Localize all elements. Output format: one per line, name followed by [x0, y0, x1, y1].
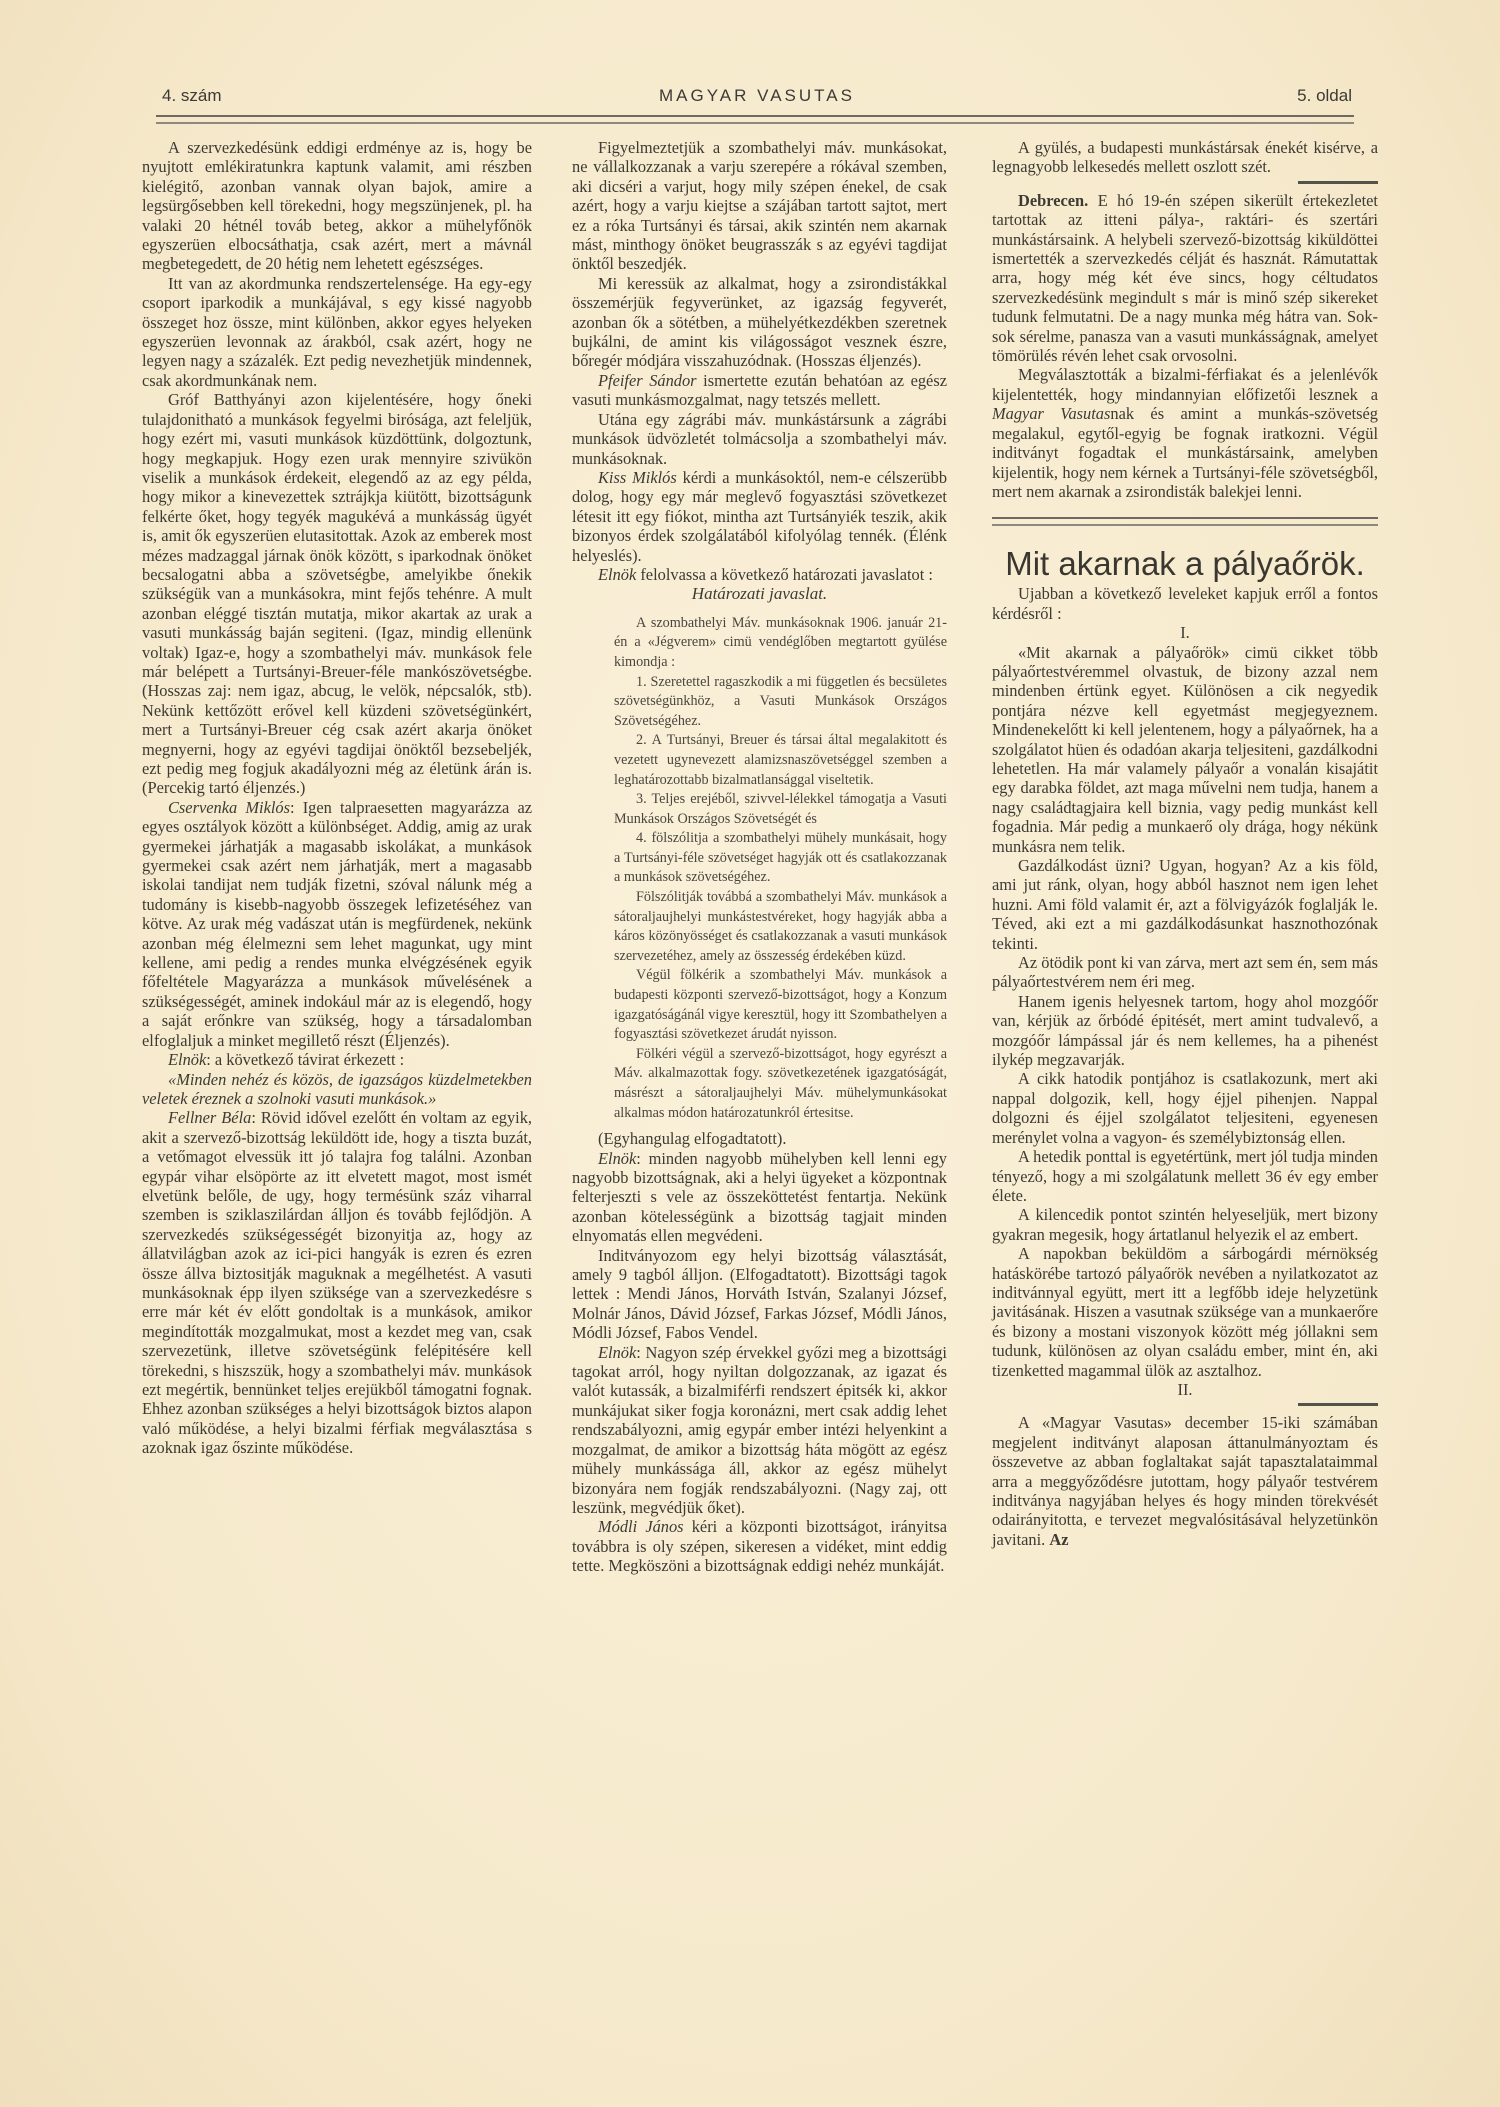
- speaker-name: Elnök: [598, 1343, 636, 1362]
- letter-paragraph: A kilencedik pontot szintén helyeseljük,…: [992, 1205, 1378, 1244]
- letter-number: II.: [992, 1380, 1378, 1399]
- speech-paragraph: Kiss Miklós kérdi a munkásoktól, nem-e c…: [572, 468, 947, 565]
- speech-paragraph: Elnök: Nagyon szép érvekkel győzi meg a …: [572, 1343, 947, 1518]
- article-headline: Mit akarnak a pályaőrök.: [992, 544, 1378, 584]
- letter-paragraph: A hetedik ponttal is egyetértünk, mert j…: [992, 1147, 1378, 1205]
- paragraph: Itt van az akordmunka rendszertelensége.…: [142, 274, 532, 390]
- column-3: A gyülés, a budapesti munkástársak éneké…: [992, 138, 1378, 1549]
- speaker-name: Módli János: [598, 1517, 684, 1536]
- speaker-name: Cservenka Miklós: [168, 798, 290, 817]
- speaker-name: Pfeifer Sándor: [598, 371, 697, 390]
- short-divider: [1298, 1403, 1378, 1409]
- paragraph: A gyülés, a budapesti munkástársak éneké…: [992, 138, 1378, 177]
- speech-paragraph: Pfeifer Sándor ismertette ezután behatóa…: [572, 371, 947, 410]
- resolution-point: Fölkéri végül a szervező-bizottságot, ho…: [614, 1045, 947, 1123]
- short-divider: [1298, 181, 1378, 187]
- paragraph: A szervezkedésünk eddigi erdménye az is,…: [142, 138, 532, 274]
- newspaper-page: 4. szám MAGYAR VASUTAS 5. oldal A szerve…: [0, 0, 1500, 2107]
- speech-text: : Nagyon szép érvekkel győzi meg a bizot…: [572, 1343, 947, 1517]
- page-number: 5. oldal: [1297, 86, 1352, 106]
- dateline-place: Debrecen.: [1018, 191, 1088, 210]
- paragraph: Gróf Batthyányi azon kijelentésére, hogy…: [142, 390, 532, 798]
- speech-paragraph: Cservenka Miklós: Igen talpraesetten mag…: [142, 798, 532, 1050]
- letter-paragraph: Gazdálkodást üzni? Ugyan, hogyan? Az a k…: [992, 856, 1378, 953]
- speaker-name: Fellner Béla: [168, 1108, 251, 1127]
- resolution-title: Határozati javaslat.: [572, 584, 947, 603]
- resolution-block: A szombathelyi Máv. munkásoknak 1906. ja…: [572, 614, 947, 1123]
- speaker-name: Elnök: [598, 565, 636, 584]
- text: A «Magyar Vasutas» december 15-iki számá…: [992, 1413, 1378, 1548]
- resolution-point: Végül fölkérik a szombathelyi Máv. munká…: [614, 966, 947, 1044]
- column-1: A szervezkedésünk eddigi erdménye az is,…: [142, 138, 532, 1458]
- text: Az: [1049, 1530, 1068, 1549]
- section-divider: [992, 517, 1378, 526]
- speaker-name: Kiss Miklós: [598, 468, 677, 487]
- header-divider: [156, 115, 1354, 124]
- speech-text: : Igen talpraesetten magyarázza az egyes…: [142, 798, 532, 1050]
- resolution-intro: A szombathelyi Máv. munkásoknak 1906. ja…: [614, 614, 947, 673]
- letter-paragraph: A cikk hatodik pontjához is csatlakozunk…: [992, 1069, 1378, 1147]
- speech-paragraph: Elnök felolvassa a következő határozati …: [572, 565, 947, 584]
- resolution-point: 4. fölszólitja a szombathelyi mühely mun…: [614, 829, 947, 888]
- paragraph: Utána egy zágrábi máv. munkástársunk a z…: [572, 410, 947, 468]
- page-header: 4. szám MAGYAR VASUTAS 5. oldal: [162, 86, 1352, 108]
- resolution-point: 2. A Turtsányi, Breuer és társai által m…: [614, 731, 947, 790]
- news-paragraph: Debrecen. E hó 19-én szépen sikerült ért…: [992, 191, 1378, 366]
- speech-paragraph: Fellner Béla: Rövid idővel ezelőtt én vo…: [142, 1108, 532, 1457]
- speech-paragraph: Módli János kéri a központi bizottságot,…: [572, 1517, 947, 1575]
- paragraph: Megválasztották a bizalmi-férfiakat és a…: [992, 365, 1378, 501]
- newspaper-title: MAGYAR VASUTAS: [162, 86, 1352, 106]
- letter-paragraph: Az ötödik pont ki van zárva, mert azt se…: [992, 953, 1378, 992]
- speaker-name: Elnök: [598, 1149, 636, 1168]
- paragraph: (Egyhangulag elfogadtatott).: [572, 1129, 947, 1148]
- letter-paragraph: Hanem igenis helyesnek tartom, hogy ahol…: [992, 992, 1378, 1070]
- speech-paragraph: Elnök: minden nagyobb mühelyben kell len…: [572, 1149, 947, 1246]
- letter-number: I.: [992, 623, 1378, 642]
- resolution-point: Fölszólitják továbbá a szombathelyi Máv.…: [614, 888, 947, 966]
- speech-text: felolvassa a következő határozati javasl…: [636, 565, 933, 584]
- paragraph: Inditványozom egy helyi bizottság válasz…: [572, 1246, 947, 1343]
- paragraph: Mi keressük az alkalmat, hogy a zsirondi…: [572, 274, 947, 371]
- letter-paragraph: A napokban beküldöm a sárbogárdi mérnöks…: [992, 1244, 1378, 1380]
- speech-paragraph: Elnök: a következő távirat érkezett :: [142, 1050, 532, 1069]
- letter-paragraph: A «Magyar Vasutas» december 15-iki számá…: [992, 1413, 1378, 1549]
- paragraph: Figyelmeztetjük a szombathelyi máv. munk…: [572, 138, 947, 274]
- speech-text: : Rövid idővel ezelőtt én voltam az egyi…: [142, 1108, 532, 1457]
- article-intro: Ujabban a következő leveleket kapjuk err…: [992, 584, 1378, 623]
- speaker-name: Elnök: [168, 1050, 206, 1069]
- text: Megválasztották a bizalmi-férfiakat és a…: [992, 365, 1378, 403]
- telegram-quote: «Minden nehéz és közös, de igazságos küz…: [142, 1070, 532, 1109]
- resolution-point: 3. Teljes erejéből, szivvel-lélekkel tám…: [614, 790, 947, 829]
- speech-text: : a következő távirat érkezett :: [206, 1050, 404, 1069]
- column-2: Figyelmeztetjük a szombathelyi máv. munk…: [572, 138, 947, 1576]
- resolution-point: 1. Szeretettel ragaszkodik a mi függetle…: [614, 673, 947, 732]
- newspaper-name: Magyar Vasutas: [992, 404, 1110, 423]
- letter-paragraph: «Mit akarnak a pályaőrök» cimü cikket tö…: [992, 643, 1378, 856]
- news-text: E hó 19-én szépen sikerült értekezletet …: [992, 191, 1378, 365]
